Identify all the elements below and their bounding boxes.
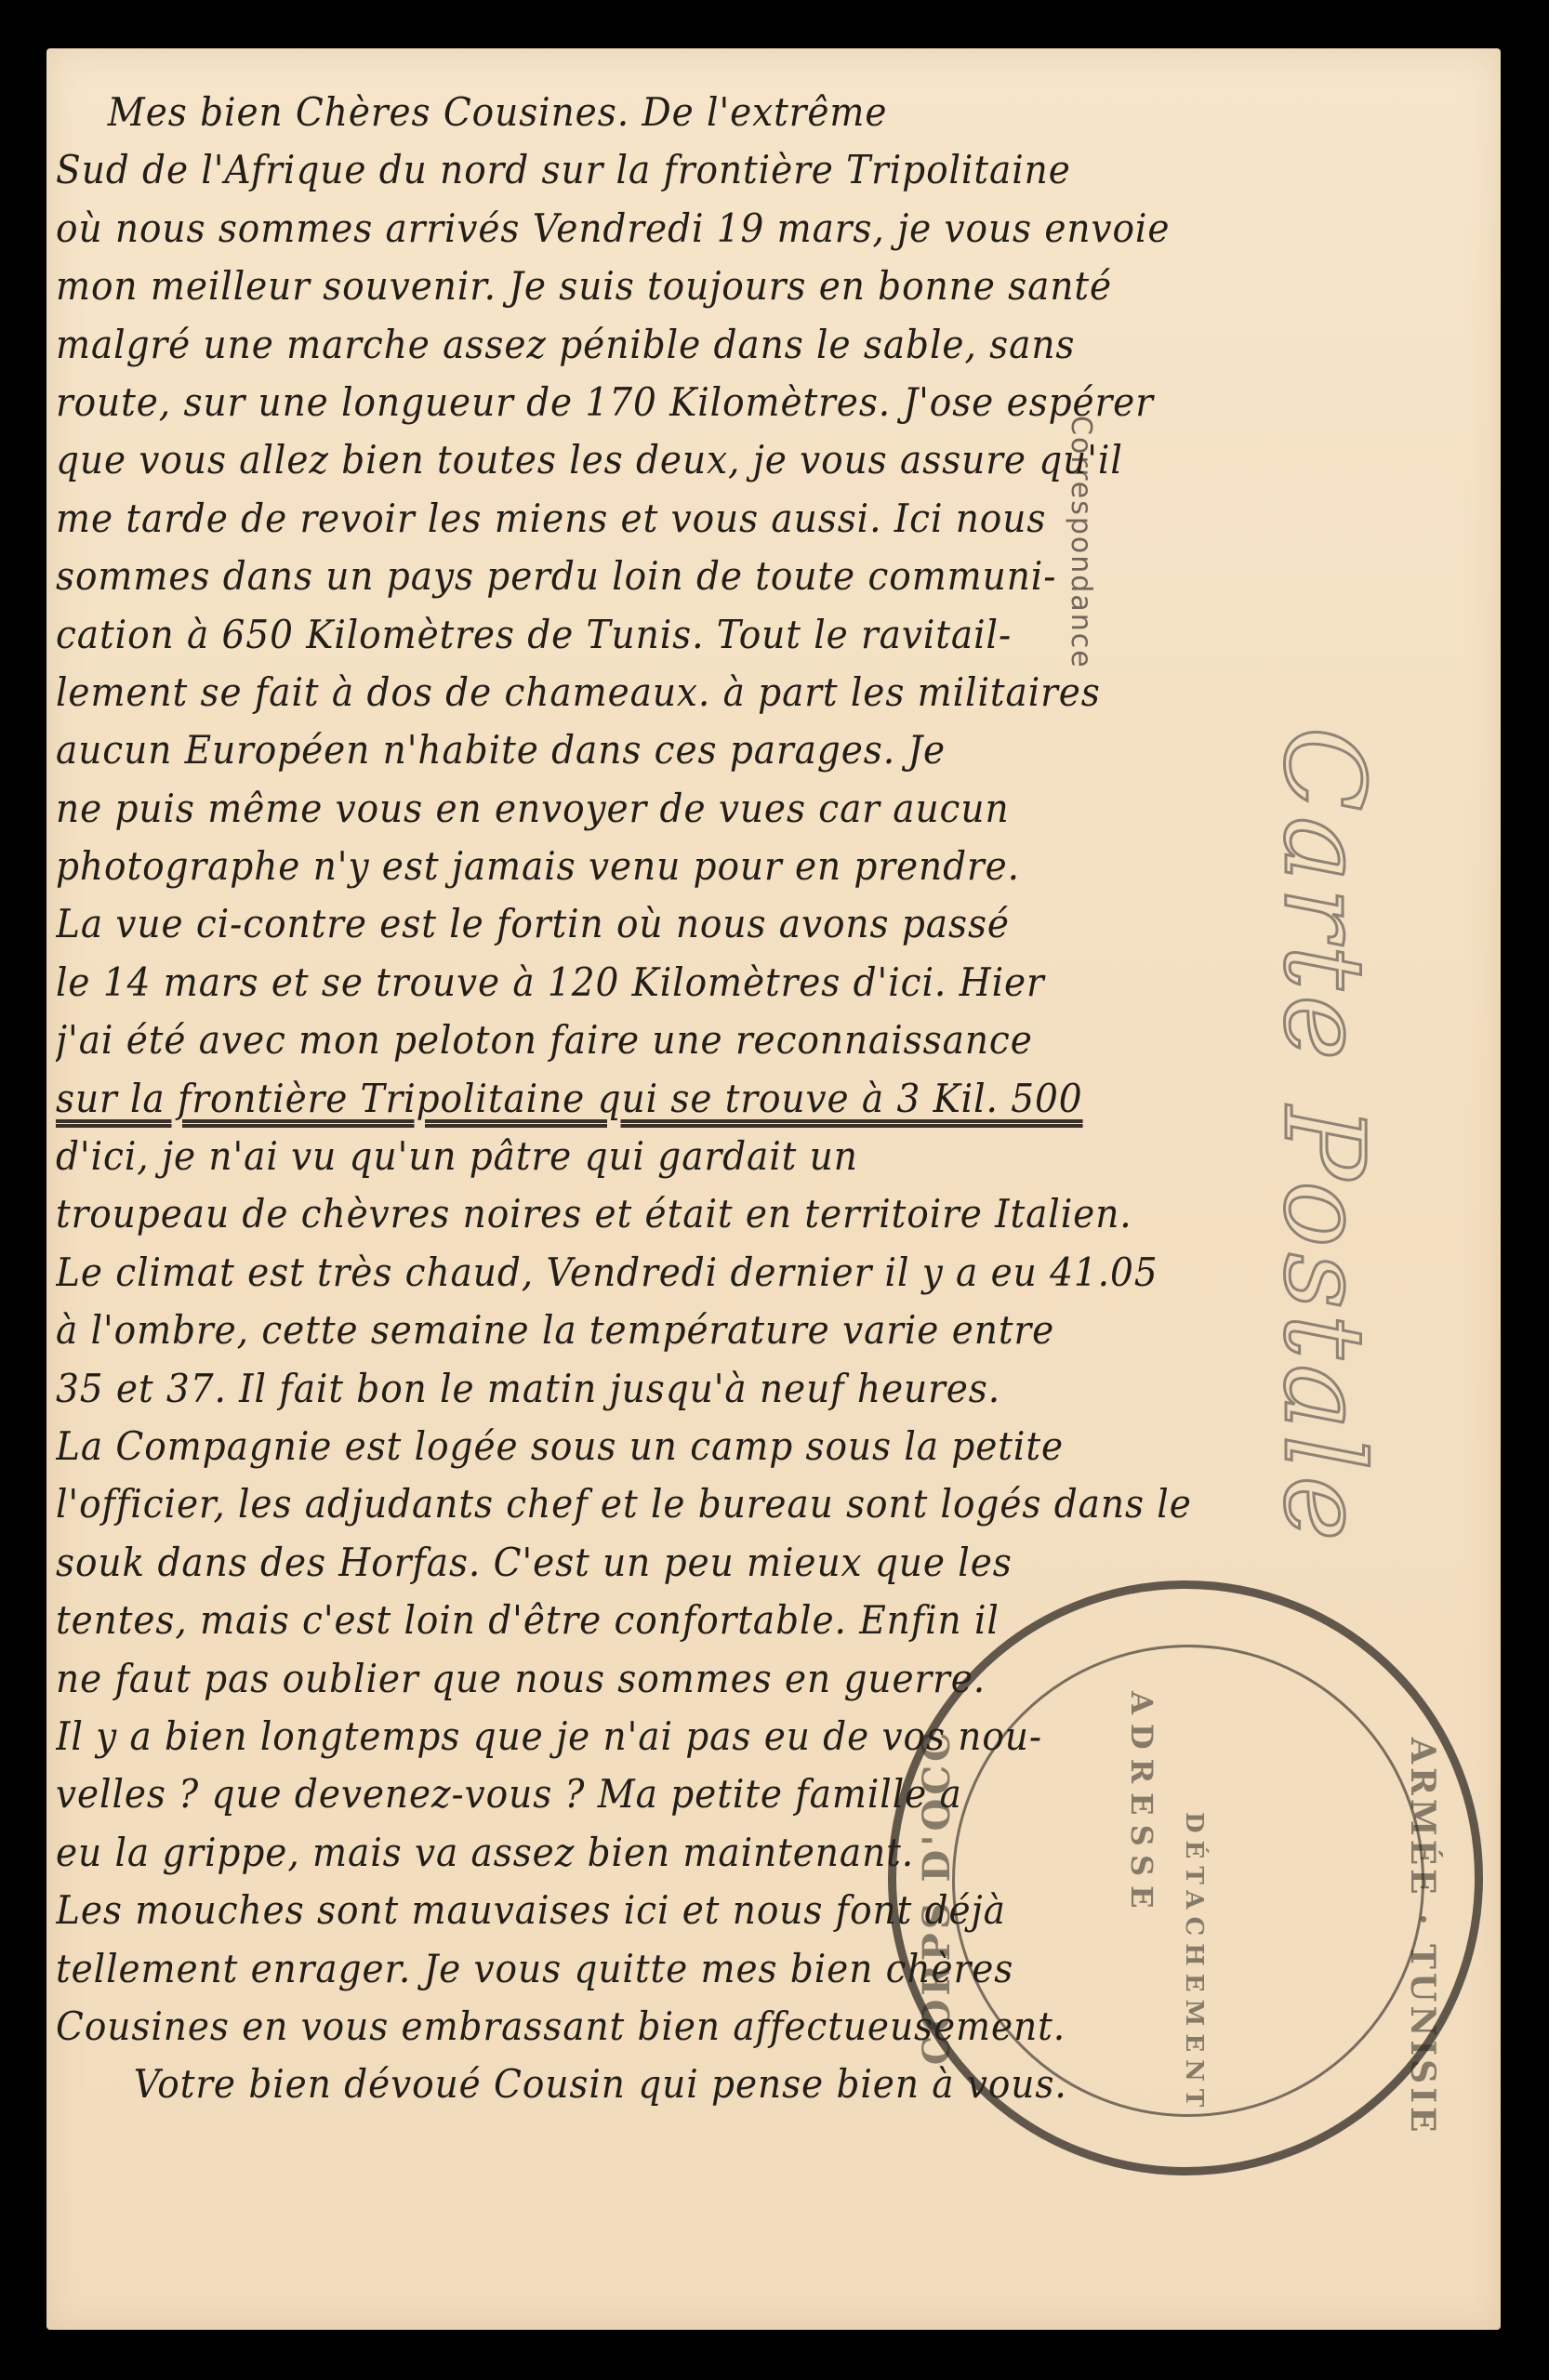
letter-line: lement se fait à dos de chameaux. à part… [56,664,1387,721]
letter-line: Il y a bien longtemps que je n'ai pas eu… [56,1708,1387,1765]
letter-line: malgré une marche assez pénible dans le … [56,316,1387,374]
letter-line: d'ici, je n'ai vu qu'un pâtre qui gardai… [56,1128,1387,1185]
letter-line: photographe n'y est jamais venu pour en … [56,838,1387,895]
letter-line: velles ? que devenez-vous ? Ma petite fa… [56,1765,1387,1823]
letter-line: où nous sommes arrivés Vendredi 19 mars,… [56,200,1387,258]
letter-line: aucun Européen n'habite dans ces parages… [56,721,1387,779]
letter-line: eu la grippe, mais va assez bien mainten… [56,1824,1387,1882]
letter-line: tellement enrager. Je vous quitte mes bi… [56,1940,1387,1998]
letter-line: ne puis même vous en envoyer de vues car… [56,780,1387,838]
letter-line: me tarde de revoir les miens et vous aus… [56,490,1387,548]
letter-line: Le climat est très chaud, Vendredi derni… [56,1244,1387,1302]
letter-line: mon meilleur souvenir. Je suis toujours … [56,258,1387,315]
letter-line: à l'ombre, cette semaine la température … [56,1302,1387,1359]
letter-line: sommes dans un pays perdu loin de toute … [56,548,1387,605]
letter-line: tentes, mais c'est loin d'être confortab… [56,1592,1387,1649]
letter-line-signature: Votre bien dévoué Cousin qui pense bien … [56,2056,1387,2113]
postcard-back: Correspondance Carte Postale Mes bien Ch… [46,48,1501,2330]
letter-line: La Compagnie est logée sous un camp sous… [56,1418,1387,1475]
letter-line: Les mouches sont mauvaises ici et nous f… [56,1882,1387,1939]
letter-line: route, sur une longueur de 170 Kilomètre… [56,374,1387,431]
letter-line: 35 et 37. Il fait bon le matin jusqu'à n… [56,1360,1387,1418]
letter-line: troupeau de chèvres noires et était en t… [56,1185,1387,1243]
letter-line: Cousines en vous embrassant bien affectu… [56,1998,1387,2056]
letter-line: le 14 mars et se trouve à 120 Kilomètres… [56,954,1387,1011]
letter-line: ne faut pas oublier que nous sommes en g… [56,1650,1387,1708]
letter-line: que vous allez bien toutes les deux, je … [56,431,1387,489]
letter-line: j'ai été avec mon peloton faire une reco… [56,1011,1387,1069]
letter-line: l'officier, les adjudants chef et le bur… [56,1475,1387,1533]
letter-line: La vue ci-contre est le fortin où nous a… [56,895,1387,953]
letter-line: Mes bien Chères Cousines. De l'extrême [56,84,1387,141]
handwritten-letter: Mes bien Chères Cousines. De l'extrême S… [56,84,1488,2114]
letter-line: souk dans des Horfas. C'est un peu mieux… [56,1534,1387,1592]
letter-line: Sud de l'Afrique du nord sur la frontièr… [56,141,1387,199]
letter-line: cation à 650 Kilomètres de Tunis. Tout l… [56,606,1387,664]
letter-line-underlined: sur la frontière Tripolitaine qui se tro… [56,1070,1387,1128]
